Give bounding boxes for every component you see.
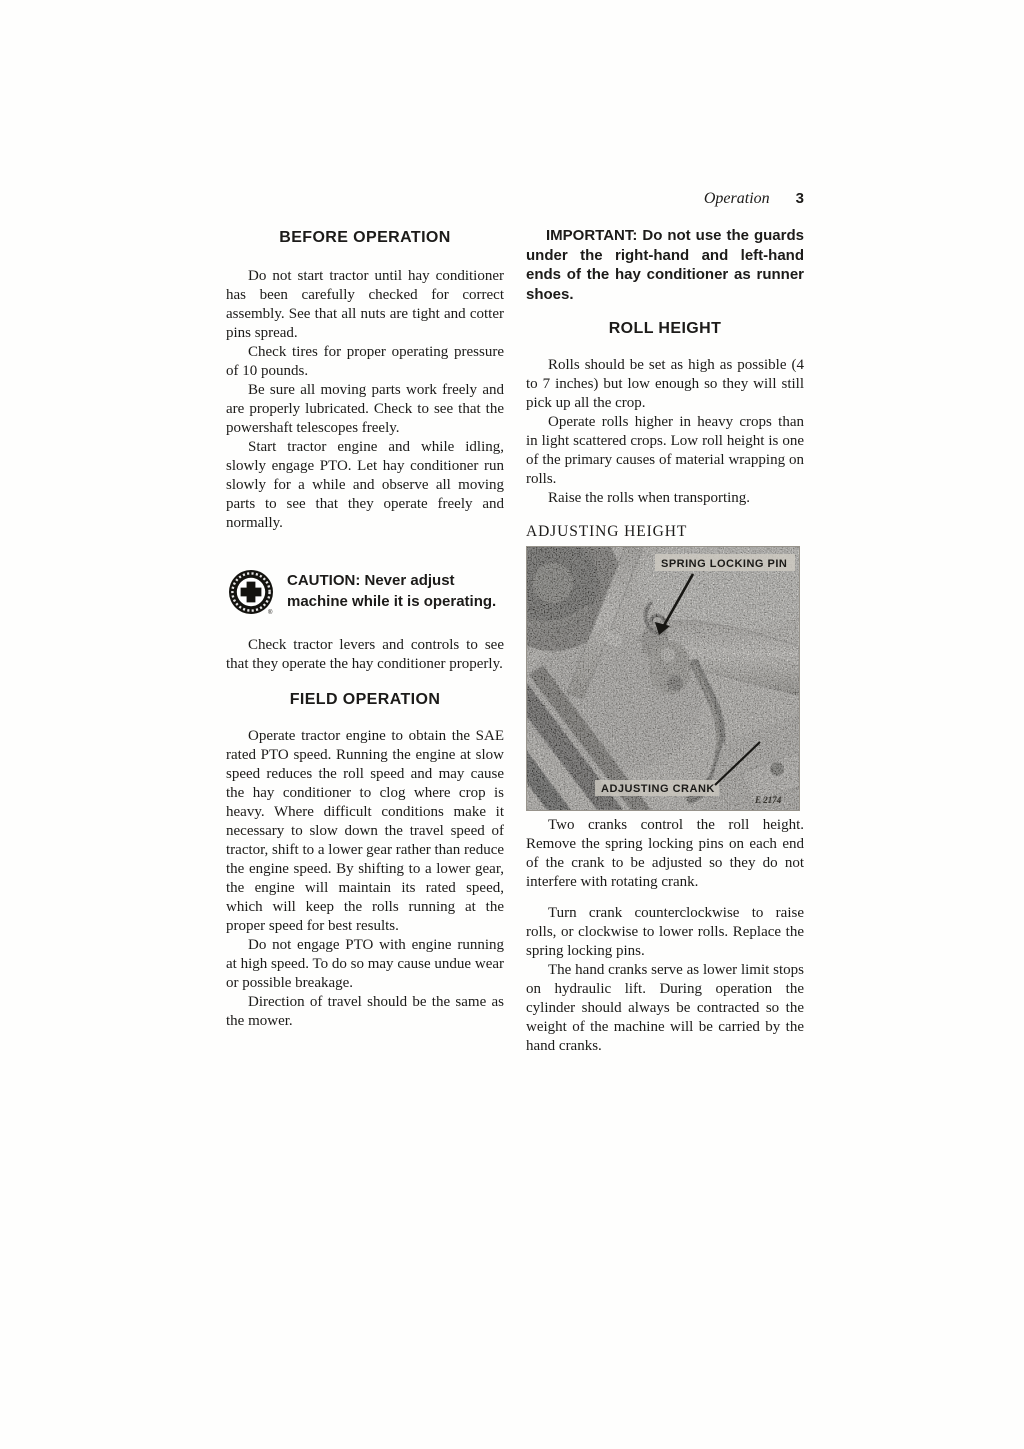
paragraph-two-cranks: Two cranks control the roll height. Remo… (526, 816, 804, 892)
page-number: 3 (796, 189, 804, 209)
section-title: Operation (704, 189, 770, 209)
figure-callout-adjusting-crank: ADJUSTING CRANK (601, 783, 715, 795)
safety-cross-icon: ® (228, 569, 274, 615)
paragraph-roll-setting: Rolls should be set as high as possible … (526, 356, 804, 413)
figure-photo-code: E 2174 (754, 795, 782, 805)
machine-photo: SPRING LOCKING PIN ADJUSTING CRANK E 217… (526, 546, 800, 811)
important-note: IMPORTANT: Do not use the guards under t… (526, 226, 804, 304)
caution-text: CAUTION: Never adjust machine while it i… (287, 570, 504, 612)
paragraph-pto-speed: Operate tractor engine to obtain the SAE… (226, 727, 504, 936)
paragraph-turn-crank: Turn crank counterclockwise to raise rol… (526, 904, 804, 961)
left-column: BEFORE OPERATION Do not start tractor un… (226, 222, 504, 1031)
heading-roll-height: ROLL HEIGHT (526, 319, 804, 339)
caution-note: ® CAUTION: Never adjust machine while it… (226, 569, 504, 615)
paragraph-raise-transport: Raise the rolls when transporting. (526, 489, 804, 508)
paragraph-hand-cranks: The hand cranks serve as lower limit sto… (526, 961, 804, 1056)
paragraph-roll-crops: Operate rolls higher in heavy crops than… (526, 413, 804, 489)
paragraph-direction-travel: Direction of travel should be the same a… (226, 993, 504, 1031)
svg-text:®: ® (268, 609, 273, 615)
paragraph-no-high-speed: Do not engage PTO with engine running at… (226, 936, 504, 993)
figure-adjusting-height-photo: SPRING LOCKING PIN ADJUSTING CRANK E 217… (526, 546, 798, 811)
figure-callout-spring-locking-pin: SPRING LOCKING PIN (661, 558, 787, 570)
paragraph-start-engine: Start tractor engine and while idling, s… (226, 438, 504, 533)
right-column: IMPORTANT: Do not use the guards under t… (526, 222, 804, 1056)
paragraph-moving-parts: Be sure all moving parts work freely and… (226, 381, 504, 438)
heading-adjusting-height: ADJUSTING HEIGHT (526, 522, 804, 541)
heading-before-operation: BEFORE OPERATION (226, 228, 504, 248)
heading-field-operation: FIELD OPERATION (226, 690, 504, 710)
paragraph-check-tires: Check tires for proper operating pressur… (226, 343, 504, 381)
paragraph-check-assembly: Do not start tractor until hay condition… (226, 267, 504, 343)
paragraph-check-levers: Check tractor levers and controls to see… (226, 636, 504, 674)
manual-page: Operation 3 BEFORE OPERATION Do not star… (0, 0, 1024, 1449)
page-header: Operation 3 (526, 189, 804, 209)
